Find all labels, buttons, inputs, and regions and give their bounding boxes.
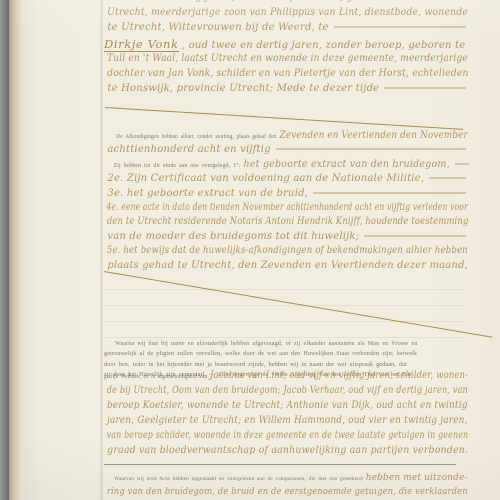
text-line: te Honswijk, provincie Utrecht; Mede te …	[104, 84, 468, 99]
faint-guide-rule	[104, 337, 466, 338]
handwritten-entry-text: achttienhonderd acht en vijftig	[104, 145, 271, 156]
text-line: door hen, ieder in het bijzonder met ja …	[104, 351, 468, 361]
faint-guide-rule	[104, 305, 466, 306]
section-act-continuation: oud zes en twintig jaren, van beroep sch…	[104, 0, 468, 99]
handwritten-entry-text: beroep Koetsier, wonende te Utrecht; Ant…	[104, 401, 468, 412]
text-line: Waarna wij hun bij name en afzonderlijk …	[104, 330, 468, 340]
blank-fill-rule	[276, 149, 466, 150]
printed-form-text: Zij hebben tot dit einde aan ons overgel…	[104, 163, 240, 170]
handwritten-entry-text: dochter van Jan Vonk, schilder en van Pi…	[104, 69, 469, 80]
text-line: jaren, Geelgieter te Utrecht; en Willem …	[104, 416, 468, 431]
margin-crease-line	[100, 0, 103, 500]
text-line: graad van bloedverwantschap of aanhuweli…	[104, 446, 468, 461]
text-line: achttienhonderd acht en vijftig	[104, 145, 468, 159]
printed-form-text: gerlijk Wetboek, en in tegenwoordigheid …	[104, 374, 207, 381]
handwritten-entry-text: te Honswijk, provincie Utrecht; Mede te …	[104, 84, 379, 95]
printed-form-text: getrouwelijk al de pligten zullen vervul…	[104, 351, 417, 358]
handwritten-entry-text: Utrecht, meerderjarige zoon van Philippu…	[104, 8, 468, 19]
scanned-register-page: oud zes en twintig jaren, van beroep sch…	[0, 0, 500, 500]
printed-form-text: door hen, ieder in het bijzonder met ja …	[104, 362, 407, 369]
text-line: 4e. eene acte in dato den tienden Novemb…	[104, 203, 468, 217]
document-page: oud zes en twintig jaren, van beroep sch…	[23, 0, 500, 500]
section-closing: Waarvan wij deze Acte hebben opgemaakt e…	[104, 473, 468, 500]
handwritten-entry-text: jaren, Geelgieter te Utrecht; en Willem …	[104, 416, 468, 427]
text-line: dochter van Jan Vonk, schilder en van Pi…	[104, 69, 468, 84]
handwritten-entry-text: ring van den bruidegom, de bruid en de e…	[104, 487, 468, 497]
text-line: 5e. het bewijs dat de huwelijks-afkondig…	[104, 246, 468, 260]
handwritten-entry-text: van beroep schilder, wonende in deze gem…	[104, 431, 468, 442]
blank-fill-rule	[384, 88, 466, 89]
text-line: oud zes en twintig jaren, van beroep sch…	[104, 0, 468, 8]
handwritten-entry-text: van de moeder des bruidegoms tot dit huw…	[104, 232, 359, 243]
text-line: den te Utrecht residerende Notaris Anton…	[104, 217, 468, 231]
text-line: Zij hebben tot dit einde aan ons overgel…	[104, 160, 468, 174]
blank-fill-rule	[313, 192, 466, 193]
handwritten-entry-text: Zevenden en Veertienden den November	[277, 131, 468, 142]
text-line: De Afkondigingen hebben alhier, zonder s…	[104, 131, 468, 145]
text-line: beroep Koetsier, wonende te Utrecht; Ant…	[104, 401, 468, 416]
text-line: 3e. het geboorte extract van de bruid,	[104, 189, 468, 203]
text-line: Utrecht, meerderjarige zoon van Philippu…	[104, 8, 468, 23]
text-line: van de moeder des bruidegoms tot dit huw…	[104, 232, 468, 246]
text-line: ring van den bruidegom, de bruid en de e…	[104, 487, 468, 500]
text-line: zij door het Huwelijk zijn vereenigd. — …	[104, 361, 468, 371]
faint-guide-rule	[104, 321, 466, 322]
text-line: Waarvan wij deze Acte hebben opgemaakt e…	[104, 473, 468, 487]
handwritten-name-underlined: Dirkje Vonk	[104, 39, 179, 53]
handwritten-entry-text: de bij Utrecht, Oom van den bruidegom; J…	[104, 386, 468, 397]
section-separator-rule	[104, 464, 456, 465]
handwritten-entry-text: Tull en 't Waal, laatst Utrecht en wonen…	[104, 54, 468, 65]
handwritten-entry-text: plaats gehad te Utrecht, den Zevenden en…	[104, 261, 468, 272]
text-line: Dirkje Vonk , oud twee en dertig jaren, …	[104, 39, 468, 54]
handwritten-entry-text: graad van bloedverwantschap of aanhuweli…	[104, 446, 468, 457]
blank-fill-rule	[364, 235, 466, 236]
text-line: 2e. Zijn Certificaat van voldoening aan …	[104, 174, 468, 188]
page-stack-edge	[9, 0, 23, 500]
text-line: getrouwelijk al de pligten zullen vervul…	[104, 340, 468, 350]
handwritten-entry-text: te Utrecht, Wittevrouwen bij de Weerd, t…	[104, 23, 329, 34]
faint-guide-rule	[104, 289, 466, 290]
handwritten-entry-text: het geboorte extract van den bruidegom,	[240, 160, 450, 171]
handwritten-entry-text: 3e. het geboorte extract van de bruid,	[104, 189, 308, 200]
section-afkondigingen: De Afkondigingen hebben alhier, zonder s…	[104, 131, 468, 275]
text-line: de bij Utrecht, Oom van den bruidegom; J…	[104, 386, 468, 401]
blank-space-strike-line	[105, 107, 463, 130]
blank-fill-rule	[334, 27, 466, 28]
book-binding-edge	[0, 0, 9, 500]
printed-form-text: De Afkondigingen hebben alhier, zonder s…	[104, 134, 277, 141]
handwritten-entry-text: 2e. Zijn Certificaat van voldoening aan …	[104, 174, 424, 185]
handwritten-entry-text: , oud twee en dertig jaren, zonder beroe…	[179, 41, 466, 52]
handwritten-entry-text: 5e. het bewijs dat de huwelijks-afkondig…	[104, 246, 468, 257]
section-waarna-declaration: Waarna wij hun bij name en afzonderlijk …	[104, 330, 468, 461]
blank-fill-rule	[455, 163, 469, 164]
printed-form-text: zij door het Huwelijk zijn vereenigd. — …	[104, 372, 414, 379]
text-line: van beroep schilder, wonende in deze gem…	[104, 431, 468, 446]
text-line: te Utrecht, Wittevrouwen bij de Weerd, t…	[104, 23, 468, 38]
handwritten-entry-text: den te Utrecht residerende Notaris Anton…	[104, 217, 468, 228]
blank-space-strike-line	[104, 271, 493, 338]
text-line: plaats gehad te Utrecht, den Zevenden en…	[104, 261, 468, 275]
text-line: gerlijk Wetboek, en in tegenwoordigheid …	[104, 371, 468, 386]
printed-form-text: Waarvan wij deze Acte hebben opgemaakt e…	[104, 476, 363, 482]
handwritten-entry-text: Jacobus van Lint, oud vijf en vijftig ja…	[207, 371, 468, 382]
handwritten-entry-text: 4e. eene acte in dato den tienden Novemb…	[104, 203, 468, 214]
text-line: Tull en 't Waal, laatst Utrecht en wonen…	[104, 54, 468, 69]
blank-fill-rule	[429, 178, 466, 179]
handwritten-entry-text: hebben met uitzonde-	[363, 473, 468, 483]
printed-form-text: Waarna wij hun bij name en afzonderlijk …	[104, 341, 418, 348]
handwritten-entry-text: oud zes en twintig jaren, van beroep sch…	[104, 0, 468, 4]
